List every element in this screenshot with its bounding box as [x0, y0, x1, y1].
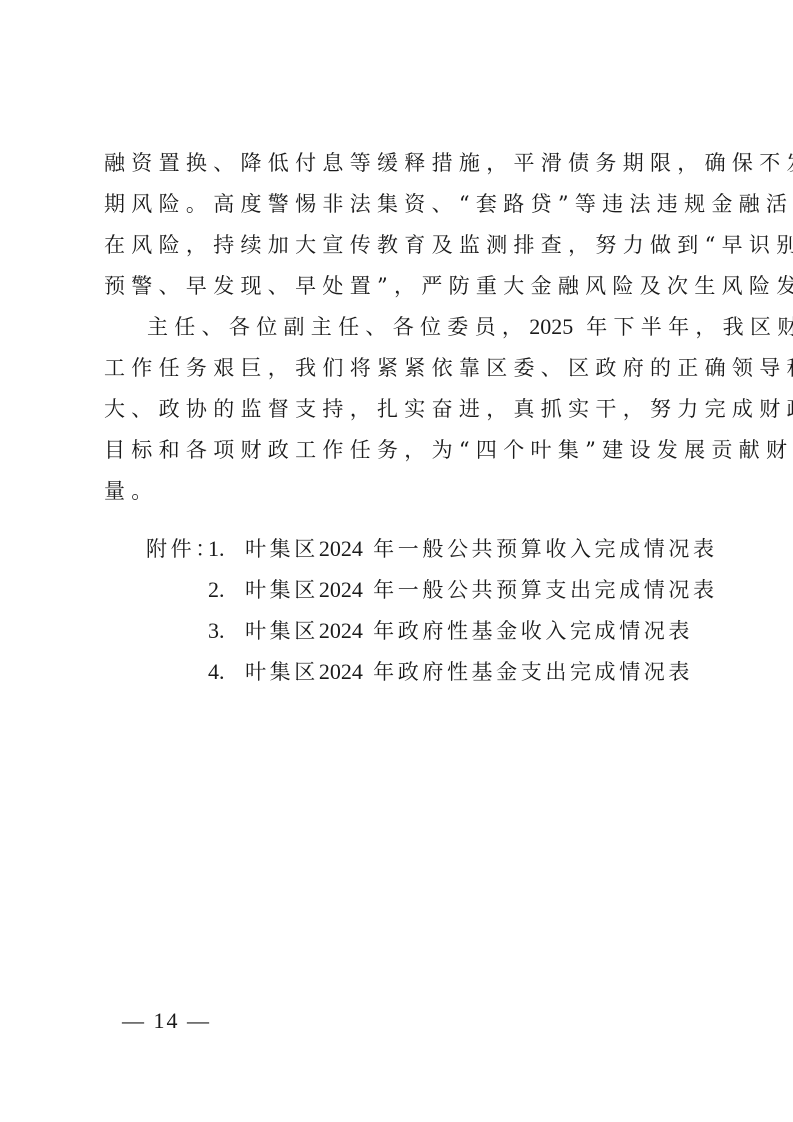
- attachment-item-1: 1. 叶集区2024 年一般公共预算收入完成情况表: [208, 534, 718, 564]
- paragraph1-line-2: 期风险。高度警惕非法集资、“套路贷”等违法违规金融活动潜: [104, 189, 793, 219]
- paragraph1-line-1: 融资置换、降低付息等缓释措施，平滑债务期限，确保不发生逾: [104, 148, 793, 178]
- attachment-item-4: 4. 叶集区2024 年政府性基金支出完成情况表: [208, 657, 693, 687]
- attachment-item-3: 3. 叶集区2024 年政府性基金收入完成情况表: [208, 616, 693, 646]
- paragraph1-line-3: 在风险，持续加大宣传教育及监测排查，努力做到“早识别、早: [104, 230, 793, 260]
- paragraph2-line1-post: 年下半年，我区财政: [586, 315, 793, 339]
- page-number: — 14 —: [122, 1008, 211, 1034]
- document-page: 融资置换、降低付息等缓释措施，平滑债务期限，确保不发生逾 期风险。高度警惕非法集…: [0, 0, 793, 1122]
- paragraph2-line-3: 大、政协的监督支持，扎实奋进，真抓实干，努力完成财政预算: [104, 394, 793, 424]
- paragraph2-line-5: 量。: [104, 476, 159, 506]
- paragraph2-line-4: 目标和各项财政工作任务，为“四个叶集”建设发展贡献财政力: [104, 435, 793, 465]
- paragraph2-line-2: 工作任务艰巨，我们将紧紧依靠区委、区政府的正确领导和区人: [104, 353, 793, 383]
- paragraph2-year: 2025: [529, 314, 573, 339]
- attachment-item-2: 2. 叶集区2024 年一般公共预算支出完成情况表: [208, 575, 718, 605]
- paragraph2-line1-pre: 主任、各位副主任、各位委员，: [147, 315, 529, 339]
- paragraph1-line-4: 预警、早发现、早处置”，严防重大金融风险及次生风险发生。: [104, 271, 793, 301]
- paragraph2-line-1: 主任、各位副主任、各位委员，2025 年下半年，我区财政: [147, 312, 793, 342]
